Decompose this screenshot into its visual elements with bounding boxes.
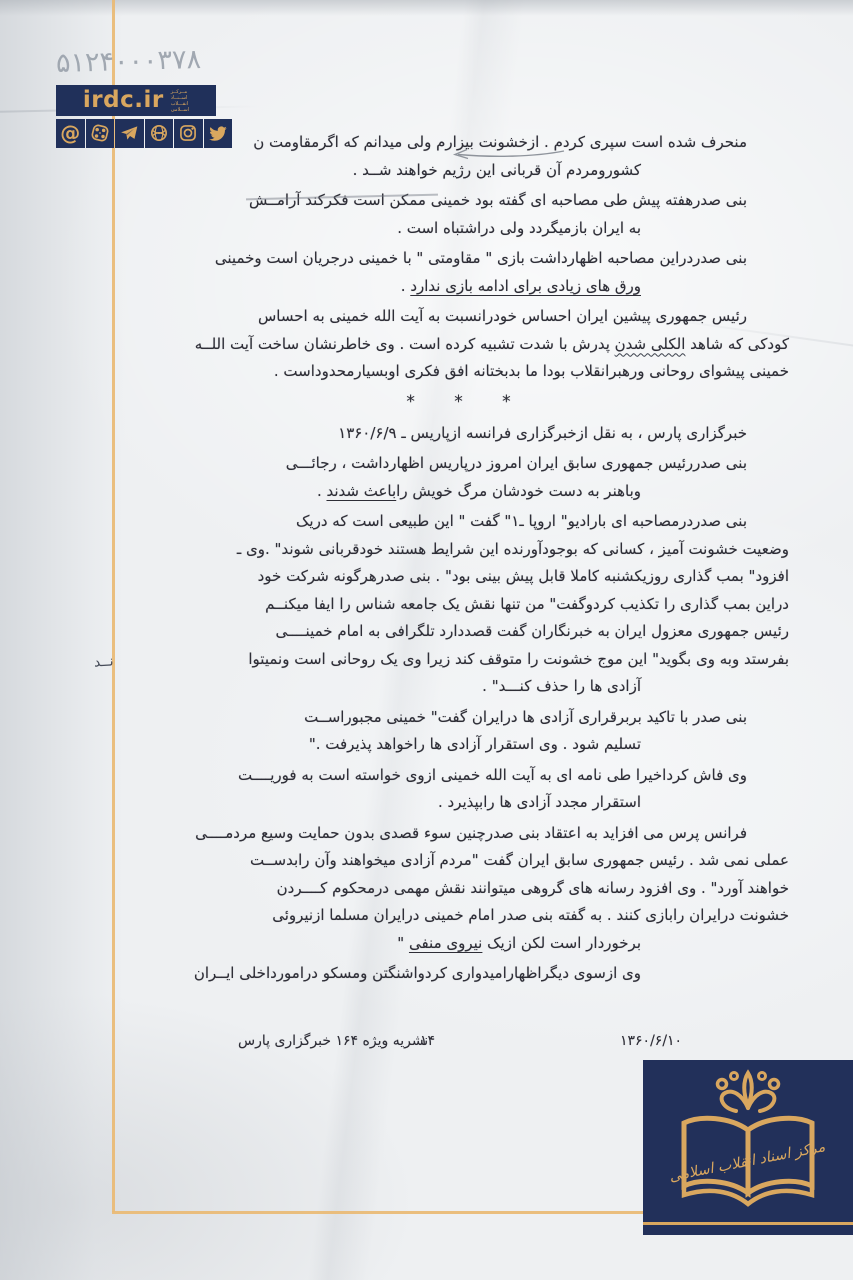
telegram-icon	[115, 119, 144, 148]
document-line: افزود" بمب گذاری روزیکشنبه کاملا قابل پی…	[128, 563, 789, 591]
irdc-logo-subtext: مــرکــز اســنــاد انقـــلاب اســلامی	[171, 89, 189, 113]
document-line: بنی صدر با تاکید بربرقراری آزادی ها درای…	[128, 704, 789, 732]
document-line: خواهند آورد" . وی افزود رسانه های گروهی …	[128, 875, 789, 903]
document-line: استقرار مجدد آزادی ها رابپذیرد .	[128, 789, 789, 817]
emblem-gold-line	[643, 1222, 853, 1225]
soroush-icon	[145, 119, 174, 148]
document-line: ورق های زیادی برای ادامه بازی ندارد .	[128, 273, 789, 301]
paragraph: فرانس پرس می افزاید به اعتقاد بنی صدرچنی…	[128, 820, 789, 958]
social-icons-row: @	[56, 119, 232, 148]
irdc-logo-text: irdc.ir	[83, 89, 164, 112]
document-line: کودکی که شاهد الکلی شدن پدرش با شدت تشبی…	[128, 331, 789, 359]
handwritten-archive-number: ۵۱۲۴۰۰۰۳۷۸	[56, 44, 202, 79]
pencil-left-arrow-icon	[448, 146, 568, 166]
document-line: بنی صدرهفته پیش طی مصاحبه ای گفته بود خم…	[128, 187, 789, 215]
paragraph: رئیس جمهوری پیشین ایران احساس خودرانسبت …	[128, 303, 789, 386]
handwritten-correction: نــد	[93, 653, 114, 670]
paragraph: وی فاش کرداخیرا طی نامه ای به آیت الله خ…	[128, 762, 789, 817]
document-line: وباهنر به دست خودشان مرگ خویش راباعث شدن…	[128, 478, 789, 506]
publication-label: نشریه ویژه ۱۶۴ خبرگزاری پارس	[238, 1033, 428, 1049]
paragraph: بنی صدردراین مصاحبه اظهارداشت بازی " مقا…	[128, 245, 789, 300]
document-line: تسلیم شود . وی استقرار آزادی ها راخواهد …	[128, 731, 789, 759]
document-line: رئیس جمهوری معزول ایران به خبرنگاران گفت…	[128, 618, 789, 646]
paragraph: خبرگزاری پارس ، به نقل ازخبرگزاری فرانسه…	[128, 420, 789, 448]
irdc-emblem-icon: مرکز اسناد انقلاب اسلامی	[670, 1066, 826, 1222]
twitter-icon	[204, 119, 233, 148]
section-separator: * * *	[128, 389, 789, 416]
scanned-document-page: ۵۱۲۴۰۰۰۳۷۸ irdc.ir مــرکــز اســنــاد ان…	[0, 0, 853, 1280]
document-line: رئیس جمهوری پیشین ایران احساس خودرانسبت …	[128, 303, 789, 331]
paragraph: بنی صدردرمصاحبه ای بارادیو" اروپا ـ۱" گف…	[128, 508, 789, 701]
document-line: بنی صدردراین مصاحبه اظهارداشت بازی " مقا…	[128, 245, 789, 273]
eitaa-icon: @	[56, 119, 85, 148]
document-line: وضعیت خشونت آمیز ، کسانی که بوجودآورنده …	[128, 536, 789, 564]
irdc-logo: irdc.ir مــرکــز اســنــاد انقـــلاب اسـ…	[56, 85, 216, 116]
aparat-icon	[86, 119, 115, 148]
gold-border-left	[112, 0, 115, 1212]
document-line: خشونت درایران رابازی کنند . به گفته بنی …	[128, 902, 789, 930]
document-text: منحرف شده است سپری کردم . ازخشونت بیزارم…	[128, 129, 789, 991]
document-line: برخوردار است لکن ازیک نیروی منفی "	[128, 930, 789, 958]
document-line: وی ازسوی دیگراظهارامیدواری کردواشنگتن وم…	[128, 960, 789, 988]
document-line: وی فاش کرداخیرا طی نامه ای به آیت الله خ…	[128, 762, 789, 790]
document-line: خمینی پیشوای روحانی ورهبرانقلاب بودا ما …	[128, 358, 789, 386]
document-line: بنی صدررئیس جمهوری سابق ایران امروز درپا…	[128, 450, 789, 478]
document-line: آزادی ها را حذف کنـــد" .	[128, 673, 789, 701]
paragraph: بنی صدررئیس جمهوری سابق ایران امروز درپا…	[128, 450, 789, 505]
instagram-icon	[174, 119, 203, 148]
document-line: خبرگزاری پارس ، به نقل ازخبرگزاری فرانسه…	[128, 420, 789, 448]
footer-date: ۱۳۶۰/۶/۱۰	[620, 1033, 682, 1049]
page-number: ۱۴	[420, 1033, 435, 1049]
document-line: بفرستد وبه وی بگوید" این موج خشونت را مت…	[128, 646, 789, 674]
document-footer: نشریه ویژه ۱۶۴ خبرگزاری پارس ۱۴ ۱۳۶۰/۶/۱…	[0, 1033, 853, 1057]
document-line: بنی صدردرمصاحبه ای بارادیو" اروپا ـ۱" گف…	[128, 508, 789, 536]
paragraph: بنی صدرهفته پیش طی مصاحبه ای گفته بود خم…	[128, 187, 789, 242]
paragraph: وی ازسوی دیگراظهارامیدواری کردواشنگتن وم…	[128, 960, 789, 988]
document-line: به ایران بازمیگردد ولی دراشتباه است .	[128, 215, 789, 243]
document-line: دراین بمب گذاری را تکذیب کردوگفت" من تنه…	[128, 591, 789, 619]
irdc-emblem-box: مرکز اسناد انقلاب اسلامی	[643, 1060, 853, 1235]
paragraph: بنی صدر با تاکید بربرقراری آزادی ها درای…	[128, 704, 789, 759]
document-line: عملی نمی شد . رئیس جمهوری سابق ایران گفت…	[128, 847, 789, 875]
document-line: فرانس پرس می افزاید به اعتقاد بنی صدرچنی…	[128, 820, 789, 848]
